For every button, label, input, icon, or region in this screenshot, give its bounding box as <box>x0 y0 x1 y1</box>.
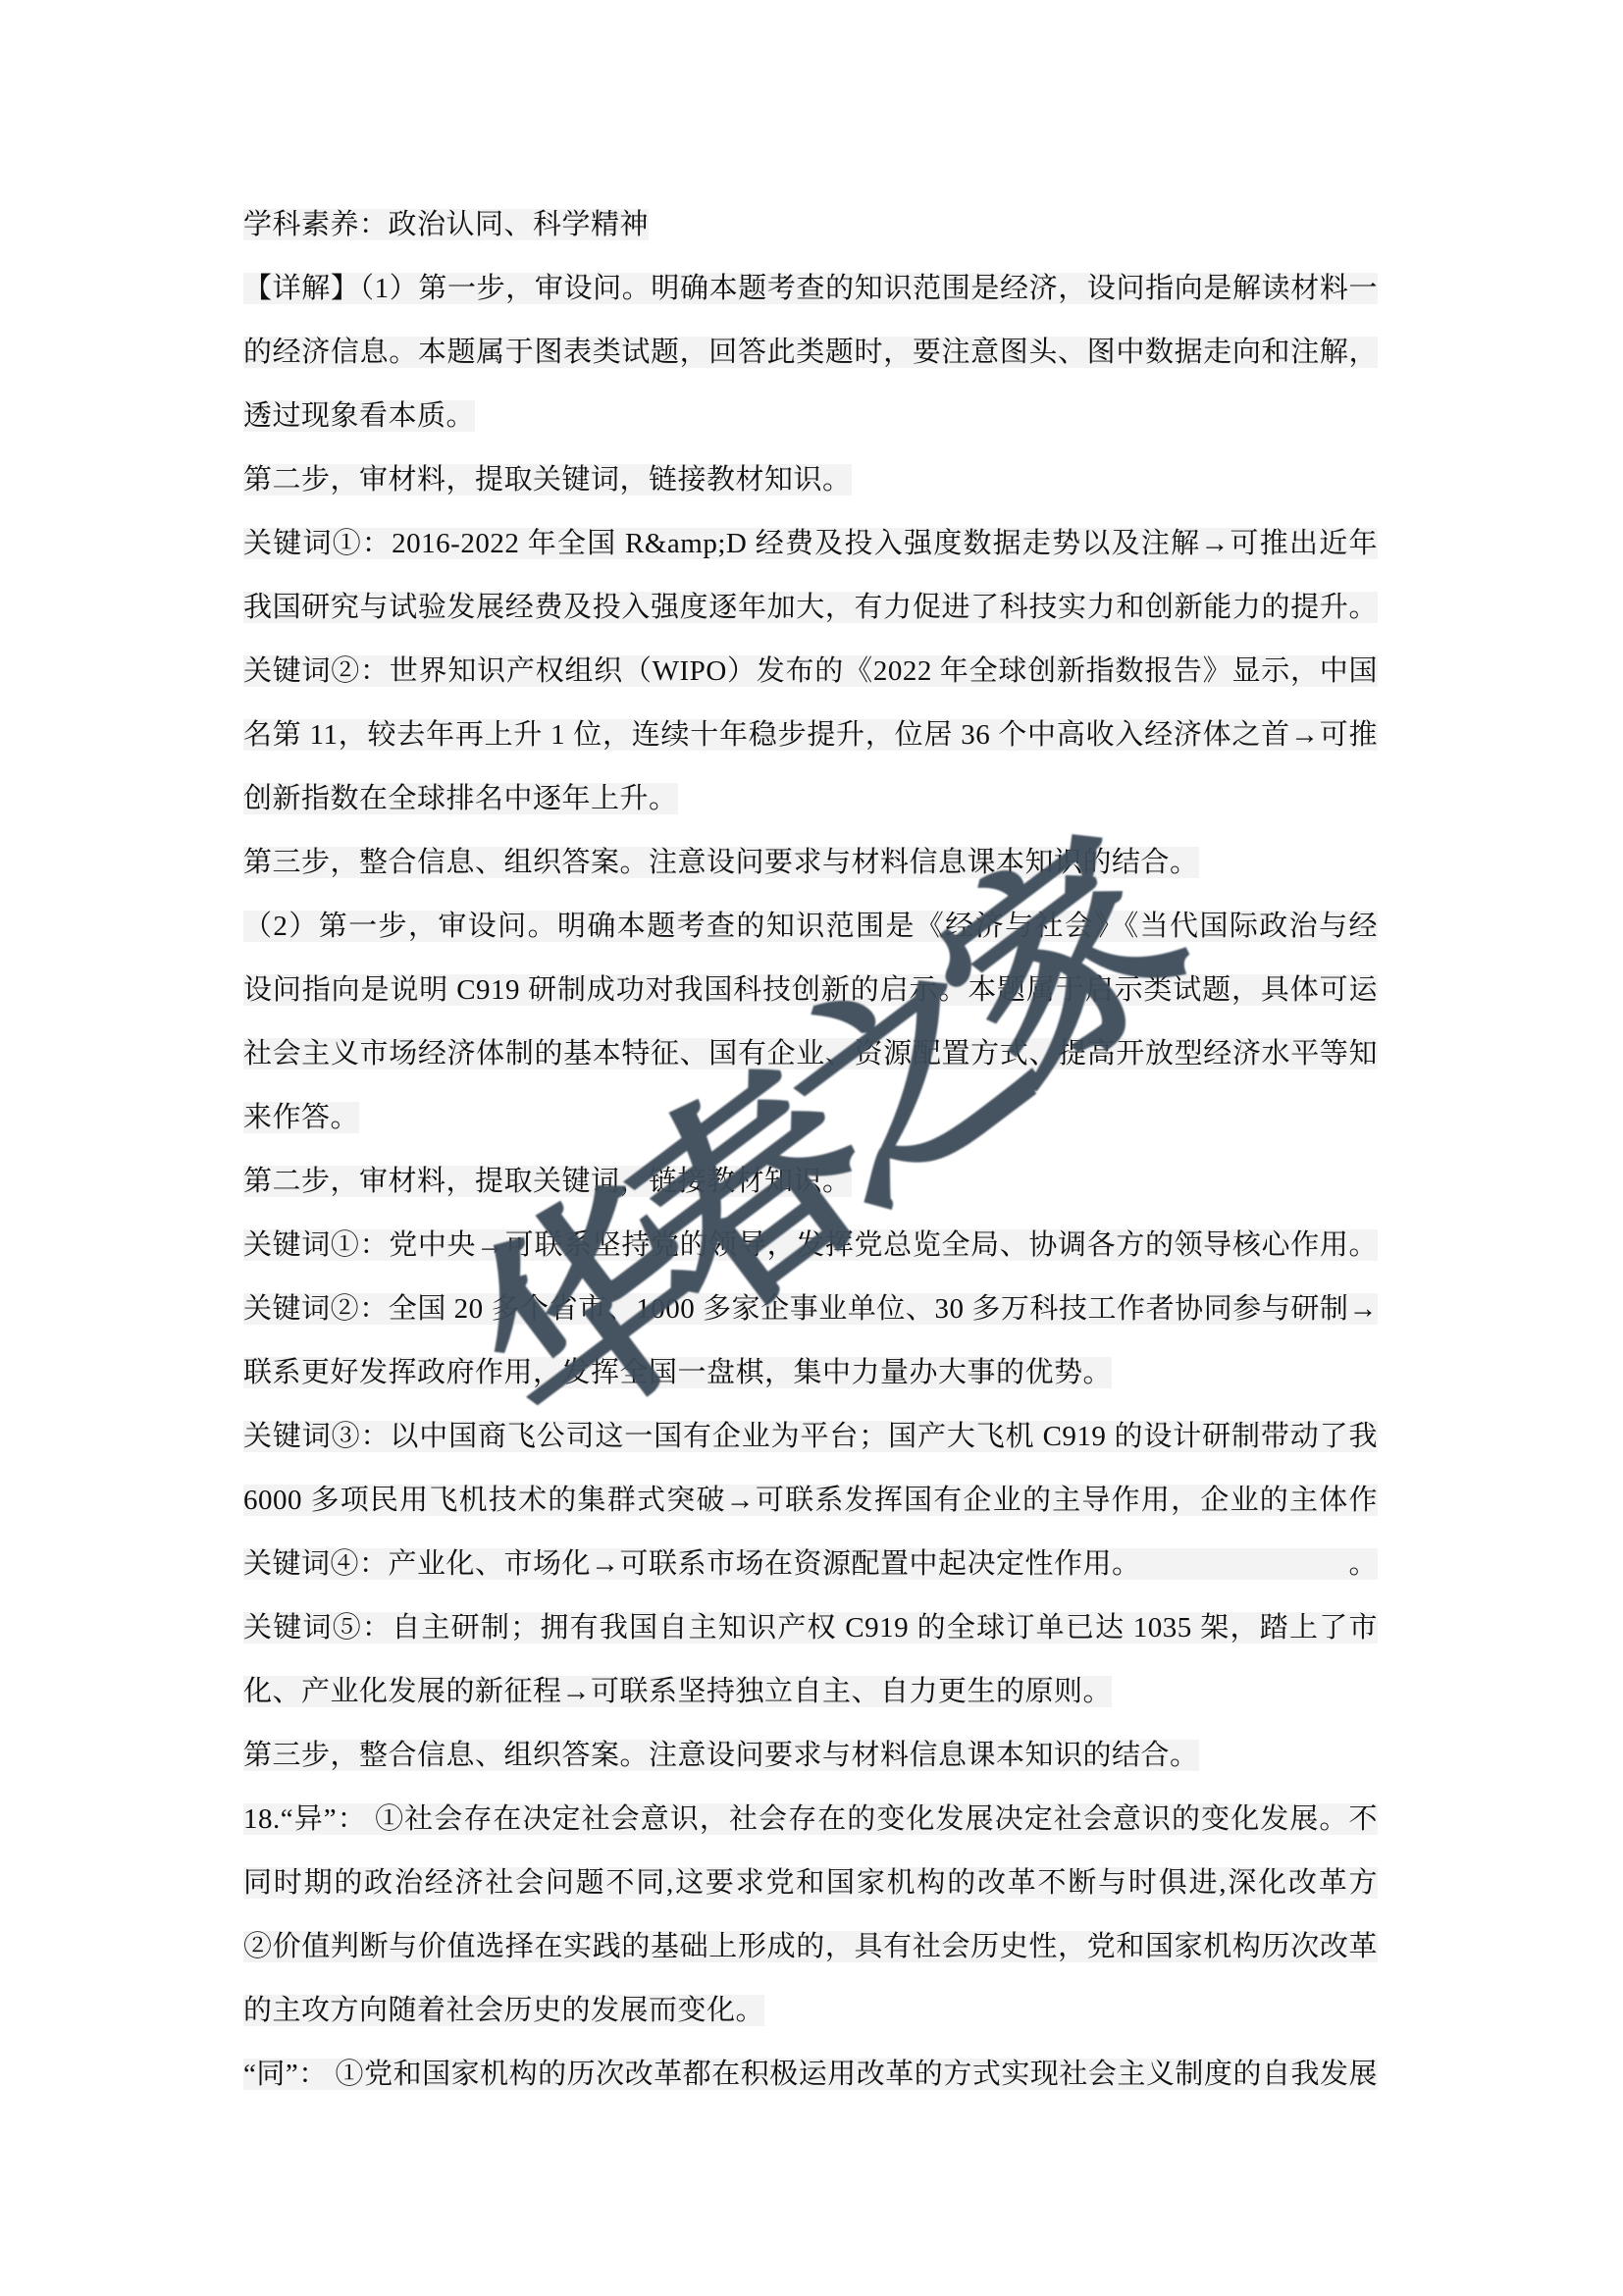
text-line-content: 第二步，审材料，提取关键词，链接教材知识。 <box>243 464 852 496</box>
text-line: 的主攻方向随着社会历史的发展而变化。 <box>243 1979 1378 2043</box>
text-line: 化、产业化发展的新征程→可联系坚持独立自主、自力更生的原则。 <box>243 1660 1378 1724</box>
text-line: 透过现象看本质。 <box>243 385 1378 448</box>
text-line-content: 第二步，审材料，提取关键词，链接教材知识。 <box>243 1166 852 1197</box>
text-line-content: 的主攻方向随着社会历史的发展而变化。 <box>243 1995 764 2026</box>
text-line-content: 创新指数在全球排名中逐年上升。 <box>243 783 678 814</box>
text-line: 第三步，整合信息、组织答案。注意设问要求与材料信息课本知识的结合。 <box>243 831 1378 895</box>
document-page: 学科素养：政治认同、科学精神【详解】（1）第一步，审设问。明确本题考查的知识范围… <box>0 0 1623 2296</box>
text-line: 同时期的政治经济社会问题不同,这要求党和国家机构的改革不断与时俱进,深化改革方向… <box>243 1852 1378 1915</box>
text-line: 第三步，整合信息、组织答案。注意设问要求与材料信息课本知识的结合。 <box>243 1724 1378 1788</box>
text-line-content: “同”： ①党和国家机构的历次改革都在积极运用改革的方式实现社会主义制度的自我发… <box>243 2059 1378 2090</box>
text-line: ②价值判断与价值选择在实践的基础上形成的，具有社会历史性，党和国家机构历次改革 <box>243 1915 1378 1979</box>
text-line: 【详解】（1）第一步，审设问。明确本题考查的知识范围是经济，设问指向是解读材料一… <box>243 257 1378 321</box>
text-line: 关键词②：全国 20 多个省市、1000 多家企事业单位、30 多万科技工作者协… <box>243 1278 1378 1341</box>
text-line: 的经济信息。本题属于图表类试题，回答此类题时，要注意图头、图中数据走向和注解，要 <box>243 321 1378 385</box>
text-line: 关键词①：2016-2022 年全国 R&amp;D 经费及投入强度数据走势以及… <box>243 512 1378 576</box>
text-line: 名第 11，较去年再上升 1 位，连续十年稳步提升，位居 36 个中高收入经济体… <box>243 704 1378 767</box>
text-line-content: 来作答。 <box>243 1102 359 1133</box>
text-line: 来作答。 <box>243 1086 1378 1150</box>
text-line-content: 关键词①：党中央→可联系坚持党的领导，发挥党总览全局、协调各方的领导核心作用。 <box>243 1229 1378 1261</box>
text-line-content: 第三步，整合信息、组织答案。注意设问要求与材料信息课本知识的结合。 <box>243 847 1199 878</box>
text-line: 创新指数在全球排名中逐年上升。 <box>243 767 1378 831</box>
text-line: 第二步，审材料，提取关键词，链接教材知识。 <box>243 1150 1378 1214</box>
text-line: 关键词⑤：自主研制；拥有我国自主知识产权 C919 的全球订单已达 1035 架… <box>243 1596 1378 1660</box>
text-line-content: 化、产业化发展的新征程→可联系坚持独立自主、自力更生的原则。 <box>243 1676 1112 1707</box>
text-line: “同”： ①党和国家机构的历次改革都在积极运用改革的方式实现社会主义制度的自我发… <box>243 2043 1378 2107</box>
text-line-content: 18.“异”： ①社会存在决定社会意识，社会存在的变化发展决定社会意识的变化发展… <box>243 1803 1378 1835</box>
text-line: 关键词①：党中央→可联系坚持党的领导，发挥党总览全局、协调各方的领导核心作用。 <box>243 1214 1378 1278</box>
text-line-content: 透过现象看本质。 <box>243 400 475 432</box>
text-line: 6000 多项民用飞机技术的集群式突破→可联系发挥国有企业的主导作用，企业的主体… <box>243 1469 1378 1533</box>
text-line: 18.“异”： ①社会存在决定社会意识，社会存在的变化发展决定社会意识的变化发展… <box>243 1788 1378 1852</box>
text-line-content: 第三步，整合信息、组织答案。注意设问要求与材料信息课本知识的结合。 <box>243 1740 1199 1771</box>
text-line: 我国研究与试验发展经费及投入强度逐年加大，有力促进了科技实力和创新能力的提升。 <box>243 576 1378 640</box>
text-line: 第二步，审材料，提取关键词，链接教材知识。 <box>243 448 1378 512</box>
text-line-content: 学科素养：政治认同、科学精神 <box>243 209 649 240</box>
text-line: 设问指向是说明 C919 研制成功对我国科技创新的启示。本题属于启示类试题，具体… <box>243 959 1378 1022</box>
text-line-content: 联系更好发挥政府作用，发挥全国一盘棋，集中力量办大事的优势。 <box>243 1357 1112 1388</box>
text-line-content: ②价值判断与价值选择在实践的基础上形成的，具有社会历史性，党和国家机构历次改革 <box>243 1931 1378 1962</box>
text-line: 学科素养：政治认同、科学精神 <box>243 193 1378 257</box>
text-line-content: 关键词④：产业化、市场化→可联系市场在资源配置中起决定性作用。 <box>243 1548 1141 1580</box>
text-line: 关键词③：以中国商飞公司这一国有企业为平台；国产大飞机 C919 的设计研制带动… <box>243 1405 1378 1469</box>
text-line: 联系更好发挥政府作用，发挥全国一盘棋，集中力量办大事的优势。 <box>243 1341 1378 1405</box>
text-line: （2）第一步，审设问。明确本题考查的知识范围是《经济与社会》《当代国际政治与经济… <box>243 895 1378 959</box>
text-line: 社会主义市场经济体制的基本特征、国有企业、资源配置方式、提高开放型经济水平等知识 <box>243 1022 1378 1086</box>
document-body: 学科素养：政治认同、科学精神【详解】（1）第一步，审设问。明确本题考查的知识范围… <box>243 193 1378 2107</box>
text-line-content: 我国研究与试验发展经费及投入强度逐年加大，有力促进了科技实力和创新能力的提升。 <box>243 592 1378 623</box>
text-line: 关键词②：世界知识产权组织（WIPO）发布的《2022 年全球创新指数报告》显示… <box>243 640 1378 704</box>
